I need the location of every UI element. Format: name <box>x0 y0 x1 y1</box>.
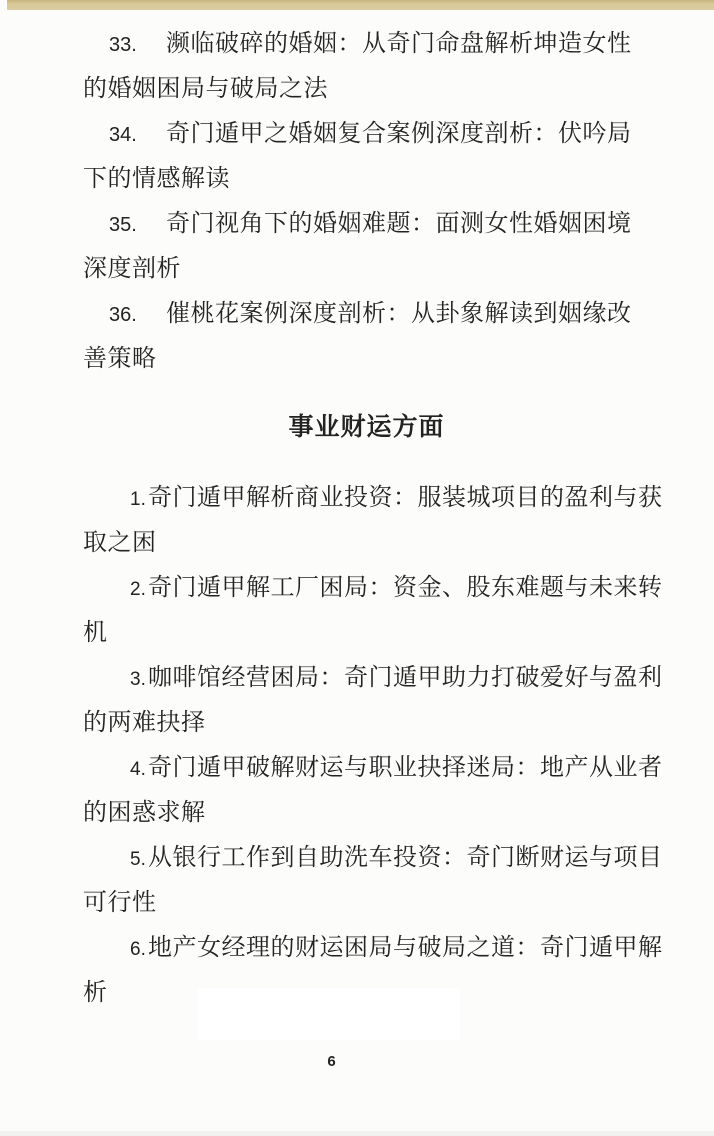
page-top-edge <box>0 0 714 10</box>
entry-text: 奇门遁甲解工厂困局：资金、股东难题与未来转 <box>148 574 663 601</box>
section-header-career-wealth: 事业财运方面 <box>83 405 650 450</box>
entry-first-line: 5.从银行工作到自助洗车投资：奇门断财运与项目 <box>83 835 650 880</box>
entry-first-line: 36.催桃花案例深度剖析：从卦象解读到姻缘改 <box>83 291 650 336</box>
toc-entry-1: 1.奇门遁甲解析商业投资：服装城项目的盈利与获 取之困 <box>83 475 650 565</box>
toc-entry-3: 3.咖啡馆经营困局：奇门遁甲助力打破爱好与盈利 的两难抉择 <box>83 655 650 745</box>
entry-number: 5. <box>130 837 148 882</box>
entry-continuation-line: 机 <box>83 610 650 655</box>
toc-entry-34: 34.奇门遁甲之婚姻复合案例深度剖析：伏吟局 下的情感解读 <box>83 111 650 201</box>
entry-continuation-line: 的困惑求解 <box>83 790 650 835</box>
toc-entry-4: 4.奇门遁甲破解财运与职业抉择迷局：地产从业者 的困惑求解 <box>83 745 650 835</box>
entry-continuation-line: 善策略 <box>83 336 650 381</box>
toc-entry-35: 35.奇门视角下的婚姻难题：面测女性婚姻困境 深度剖析 <box>83 201 650 291</box>
entry-number: 35. <box>109 203 166 248</box>
entry-first-line: 2.奇门遁甲解工厂困局：资金、股东难题与未来转 <box>83 565 650 610</box>
entry-continuation-line: 的婚姻困局与破局之法 <box>83 66 650 111</box>
entry-text: 咖啡馆经营困局：奇门遁甲助力打破爱好与盈利 <box>148 664 663 691</box>
entry-number: 33. <box>109 23 166 68</box>
entry-text: 奇门视角下的婚姻难题：面测女性婚姻困境 <box>166 210 632 237</box>
entry-first-line: 34.奇门遁甲之婚姻复合案例深度剖析：伏吟局 <box>83 111 650 156</box>
entry-text: 从银行工作到自助洗车投资：奇门断财运与项目 <box>148 844 663 871</box>
entry-continuation-line: 下的情感解读 <box>83 156 650 201</box>
document-page: 33.濒临破碎的婚姻：从奇门命盘解析坤造女性 的婚姻困局与破局之法 34.奇门遁… <box>0 0 714 1136</box>
entry-text: 地产女经理的财运困局与破局之道：奇门遁甲解 <box>148 934 663 961</box>
entry-first-line: 1.奇门遁甲解析商业投资：服装城项目的盈利与获 <box>83 475 650 520</box>
entry-continuation-line: 取之困 <box>83 520 650 565</box>
entry-text: 催桃花案例深度剖析：从卦象解读到姻缘改 <box>166 300 632 327</box>
entry-text: 濒临破碎的婚姻：从奇门命盘解析坤造女性 <box>166 30 632 57</box>
entry-number: 4. <box>130 747 148 792</box>
page-top-edge-corner <box>0 0 7 10</box>
entry-text: 奇门遁甲破解财运与职业抉择迷局：地产从业者 <box>148 754 663 781</box>
entry-continuation-line: 可行性 <box>83 880 650 925</box>
entry-number: 34. <box>109 113 166 158</box>
toc-entry-2: 2.奇门遁甲解工厂困局：资金、股东难题与未来转 机 <box>83 565 650 655</box>
toc-entry-36: 36.催桃花案例深度剖析：从卦象解读到姻缘改 善策略 <box>83 291 650 381</box>
entry-number: 3. <box>130 657 148 702</box>
entry-number: 1. <box>130 477 148 522</box>
entry-first-line: 3.咖啡馆经营困局：奇门遁甲助力打破爱好与盈利 <box>83 655 650 700</box>
page-number: 6 <box>48 1053 615 1071</box>
toc-content: 33.濒临破碎的婚姻：从奇门命盘解析坤造女性 的婚姻困局与破局之法 34.奇门遁… <box>83 21 650 1071</box>
entry-number: 6. <box>130 927 148 972</box>
entry-number: 2. <box>130 567 148 612</box>
entry-number: 36. <box>109 293 166 338</box>
entry-first-line: 4.奇门遁甲破解财运与职业抉择迷局：地产从业者 <box>83 745 650 790</box>
entry-first-line: 6.地产女经理的财运困局与破局之道：奇门遁甲解 <box>83 925 650 970</box>
page-bottom-edge <box>0 1131 714 1136</box>
entry-continuation-line: 深度剖析 <box>83 246 650 291</box>
toc-entry-6: 6.地产女经理的财运困局与破局之道：奇门遁甲解 析 <box>83 925 650 1015</box>
entry-continuation-line: 析 <box>83 970 650 1015</box>
entry-first-line: 35.奇门视角下的婚姻难题：面测女性婚姻困境 <box>83 201 650 246</box>
entry-text: 奇门遁甲解析商业投资：服装城项目的盈利与获 <box>148 484 663 511</box>
entry-continuation-line: 的两难抉择 <box>83 700 650 745</box>
entry-first-line: 33.濒临破碎的婚姻：从奇门命盘解析坤造女性 <box>83 21 650 66</box>
toc-entry-5: 5.从银行工作到自助洗车投资：奇门断财运与项目 可行性 <box>83 835 650 925</box>
entry-text: 奇门遁甲之婚姻复合案例深度剖析：伏吟局 <box>166 120 632 147</box>
toc-entry-33: 33.濒临破碎的婚姻：从奇门命盘解析坤造女性 的婚姻困局与破局之法 <box>83 21 650 111</box>
